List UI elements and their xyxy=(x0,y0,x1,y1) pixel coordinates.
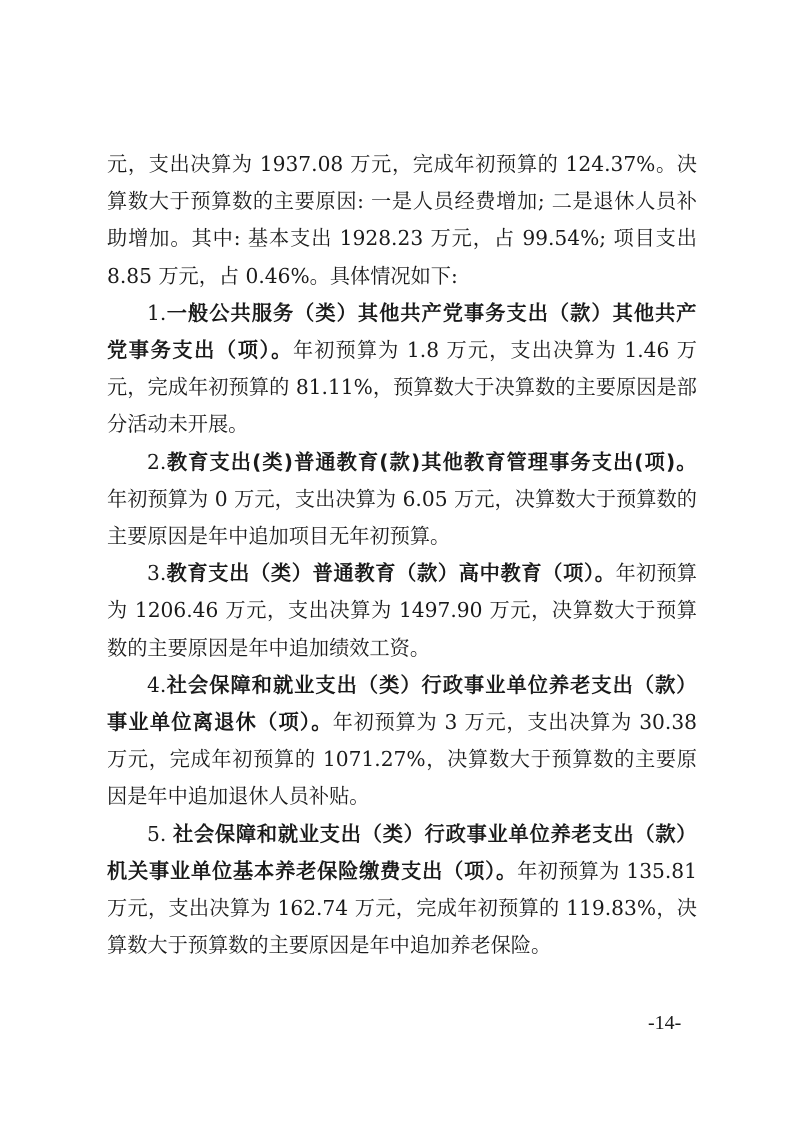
item-4-number: 4. xyxy=(147,673,166,697)
item-2-heading: 教育支出(类)普通教育(款)其他教育管理事务支出(项)。 xyxy=(166,450,697,474)
item-2-paragraph: 2.教育支出(类)普通教育(款)其他教育管理事务支出(项)。年初预算为 0 万元… xyxy=(107,444,697,556)
item-1-number: 1. xyxy=(147,301,166,325)
item-3-heading: 教育支出（类）普通教育（款）高中教育（项）。 xyxy=(166,561,615,585)
document-page: 元，支出决算为 1937.08 万元，完成年初预算的 124.37%。决算数大于… xyxy=(0,0,793,1122)
item-4-paragraph: 4.社会保障和就业支出（类）行政事业单位养老支出（款）事业单位离退休（项）。年初… xyxy=(107,667,697,816)
page-number: -14- xyxy=(648,1012,681,1035)
item-5-paragraph: 5. 社会保障和就业支出（类）行政事业单位养老支出（款）机关事业单位基本养老保险… xyxy=(107,816,697,965)
item-3-number: 3. xyxy=(147,561,166,585)
item-1-paragraph: 1.一般公共服务（类）其他共产党事务支出（款）其他共产党事务支出（项）。年初预算… xyxy=(107,295,697,444)
document-body: 元，支出决算为 1937.08 万元，完成年初预算的 124.37%。决算数大于… xyxy=(107,146,697,964)
item-5-number: 5. xyxy=(147,822,173,846)
item-2-body: 年初预算为 0 万元，支出决算为 6.05 万元，决算数大于预算数的主要原因是年… xyxy=(107,487,697,548)
item-2-number: 2. xyxy=(147,450,166,474)
intro-paragraph: 元，支出决算为 1937.08 万元，完成年初预算的 124.37%。决算数大于… xyxy=(107,146,697,295)
item-3-paragraph: 3.教育支出（类）普通教育（款）高中教育（项）。年初预算为 1206.46 万元… xyxy=(107,555,697,667)
